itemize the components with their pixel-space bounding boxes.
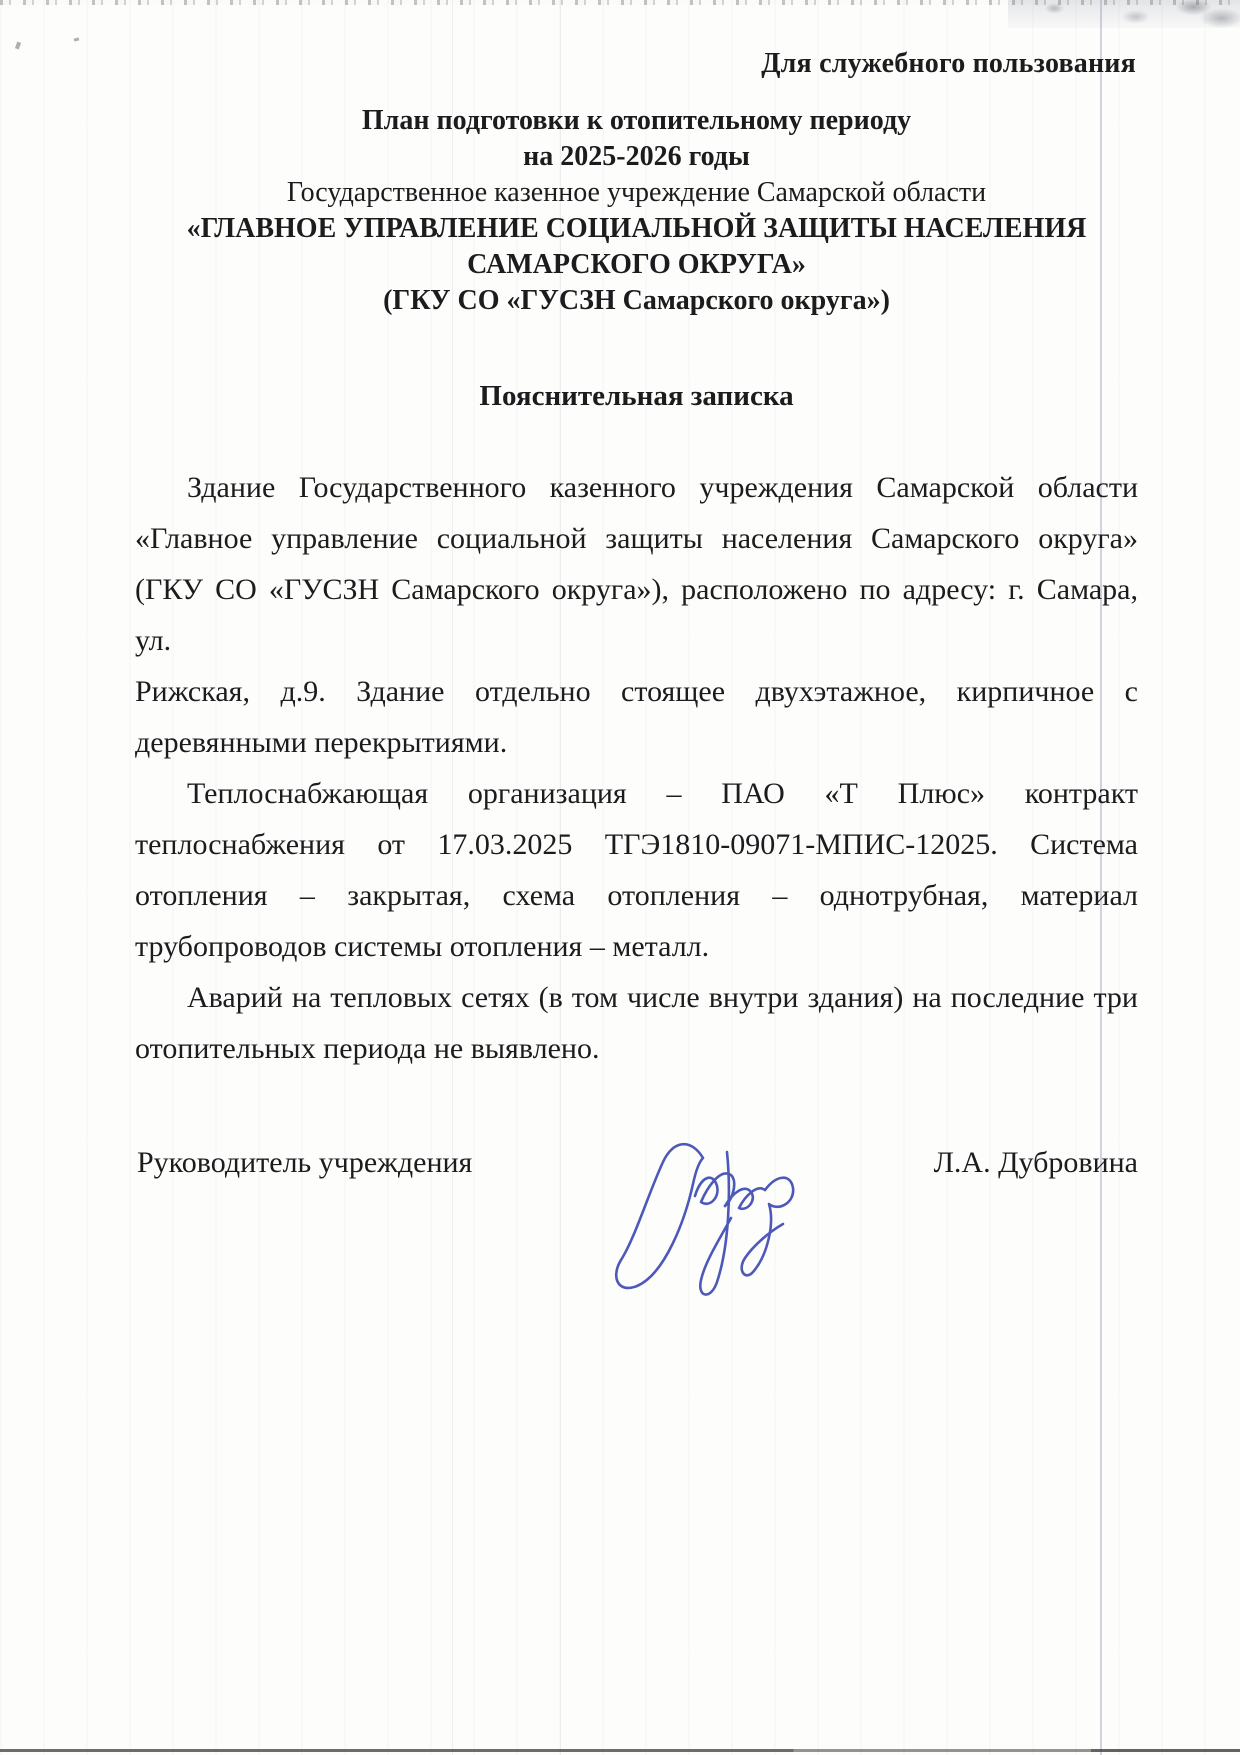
org-short-name: (ГКУ СО «ГУСЗН Самарского округа»): [135, 283, 1138, 319]
body-line: деревянными перекрытиями.: [135, 717, 1138, 768]
body-line: Теплоснабжающая организация – ПАО «Т Плю…: [135, 768, 1138, 819]
paragraph-accidents: Аварий на тепловых сетях (в том числе вн…: [135, 972, 1138, 1074]
scan-speck: [15, 42, 21, 50]
classification-label: Для служебного пользования: [761, 48, 1136, 80]
org-name-line-1: Государственное казенное учреждение Сама…: [135, 175, 1138, 211]
body-line: Рижская, д.9. Здание отдельно стоящее дв…: [135, 666, 1138, 717]
body-line: Аварий на тепловых сетях (в том числе вн…: [135, 972, 1138, 1023]
doc-title-line-1: План подготовки к отопительному периоду: [135, 103, 1138, 139]
scan-speck: [74, 37, 80, 41]
section-heading: Пояснительная записка: [135, 380, 1138, 413]
body-line: (ГКУ СО «ГУСЗН Самарского округа»), расп…: [135, 564, 1138, 666]
signer-name: Л.А. Дубровина: [934, 1146, 1138, 1180]
body-line: отопительных периода не выявлено.: [135, 1023, 1138, 1074]
org-name-line-2: «ГЛАВНОЕ УПРАВЛЕНИЕ СОЦИАЛЬНОЙ ЗАЩИТЫ НА…: [135, 211, 1138, 247]
scanned-document-page: Для служебного пользования План подготов…: [0, 0, 1240, 1755]
scan-edge-line-bottom: [0, 1749, 1240, 1752]
body-line: трубопроводов системы отопления – металл…: [135, 921, 1138, 972]
signer-role-label: Руководитель учреждения: [137, 1146, 472, 1180]
body-line: Здание Государственного казенного учрежд…: [135, 462, 1138, 513]
body-line: теплоснабжения от 17.03.2025 ТГЭ1810-090…: [135, 819, 1138, 870]
org-name-line-3: САМАРСКОГО ОКРУГА»: [135, 247, 1138, 283]
document-body: Здание Государственного казенного учрежд…: [135, 462, 1138, 1074]
paragraph-building: Здание Государственного казенного учрежд…: [135, 462, 1138, 768]
paragraph-heating-contract: Теплоснабжающая организация – ПАО «Т Плю…: [135, 768, 1138, 972]
document-title-block: План подготовки к отопительному периоду …: [135, 103, 1138, 319]
body-line: отопления – закрытая, схема отопления – …: [135, 870, 1138, 921]
handwritten-signature: [607, 1100, 817, 1315]
signature-row: Руководитель учреждения Л.А. Дубровина: [135, 1138, 1138, 1338]
scan-noise-patch-top-right: [1008, 0, 1240, 28]
body-line: «Главное управление социальной защиты на…: [135, 513, 1138, 564]
doc-title-line-2: на 2025-2026 годы: [135, 139, 1138, 175]
